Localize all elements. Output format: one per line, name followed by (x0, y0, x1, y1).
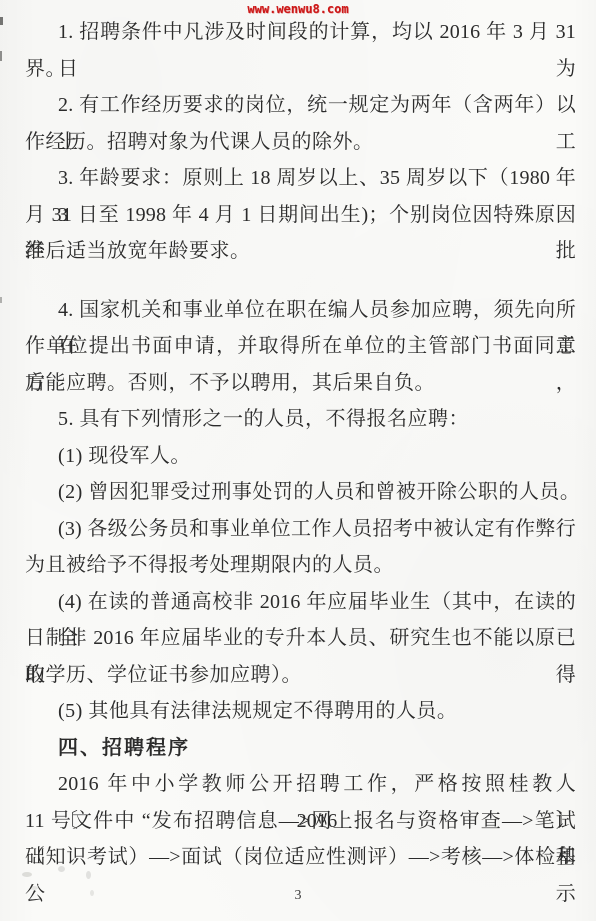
text-line: (1) 现役军人。 (25, 438, 576, 475)
text-line: 11 号文件中 “发布招聘信息—>网上报名与资格审查—>笔试（基 (25, 803, 576, 840)
document-page: www.wenwu8.com 1. 招聘条件中凡涉及时间段的计算，均以 2016… (0, 0, 596, 921)
scan-artifact (0, 17, 3, 25)
text-line: (5) 其他具有法律法规规定不得聘用的人员。 (25, 693, 576, 730)
text-line: 为且被给予不得报考处理期限内的人员。 (25, 547, 576, 584)
text-line: 作单位提出书面申请，并取得所在单位的主管部门书面同意后， (25, 328, 576, 365)
text-line: 月 31 日至 1998 年 4 月 1 日期间出生)；个别岗位因特殊原因经批 (25, 197, 576, 234)
text-line: 础知识考试）—>面试（岗位适应性测评）—>考核—>体检和公示 (25, 839, 576, 876)
scan-artifact (0, 297, 2, 303)
text-line: (2) 曾因犯罪受过刑事处罚的人员和曾被开除公职的人员。 (25, 474, 576, 511)
scan-artifact (0, 51, 2, 61)
page-number: 3 (0, 888, 596, 904)
section-heading: 四、招聘程序 (25, 730, 576, 767)
text-line: 2016 年中小学教师公开招聘工作，严格按照桂教人〔2016〕 (25, 766, 576, 803)
text-line: 2. 有工作经历要求的岗位，统一规定为两年（含两年）以上工 (25, 87, 576, 124)
text-line: (3) 各级公务员和事业单位工作人员招考中被认定有作弊行 (25, 511, 576, 548)
text-line: 1. 招聘条件中凡涉及时间段的计算，均以 2016 年 3 月 31 日为 (25, 14, 576, 51)
watermark-text: www.wenwu8.com (247, 2, 348, 16)
text-line: 4. 国家机关和事业单位在职在编人员参加应聘，须先向所在工 (25, 292, 576, 329)
text-line: 5. 具有下列情形之一的人员，不得报名应聘： (25, 401, 576, 438)
document-body: 1. 招聘条件中凡涉及时间段的计算，均以 2016 年 3 月 31 日为界。2… (25, 14, 576, 876)
text-line: (4) 在读的普通高校非 2016 年应届毕业生（其中，在读的全 (25, 584, 576, 621)
text-line: 3. 年龄要求：原则上 18 周岁以上、35 周岁以下（1980 年 3 (25, 160, 576, 197)
text-line: 日制非 2016 年应届毕业的专升本人员、研究生也不能以原已取得 (25, 620, 576, 657)
